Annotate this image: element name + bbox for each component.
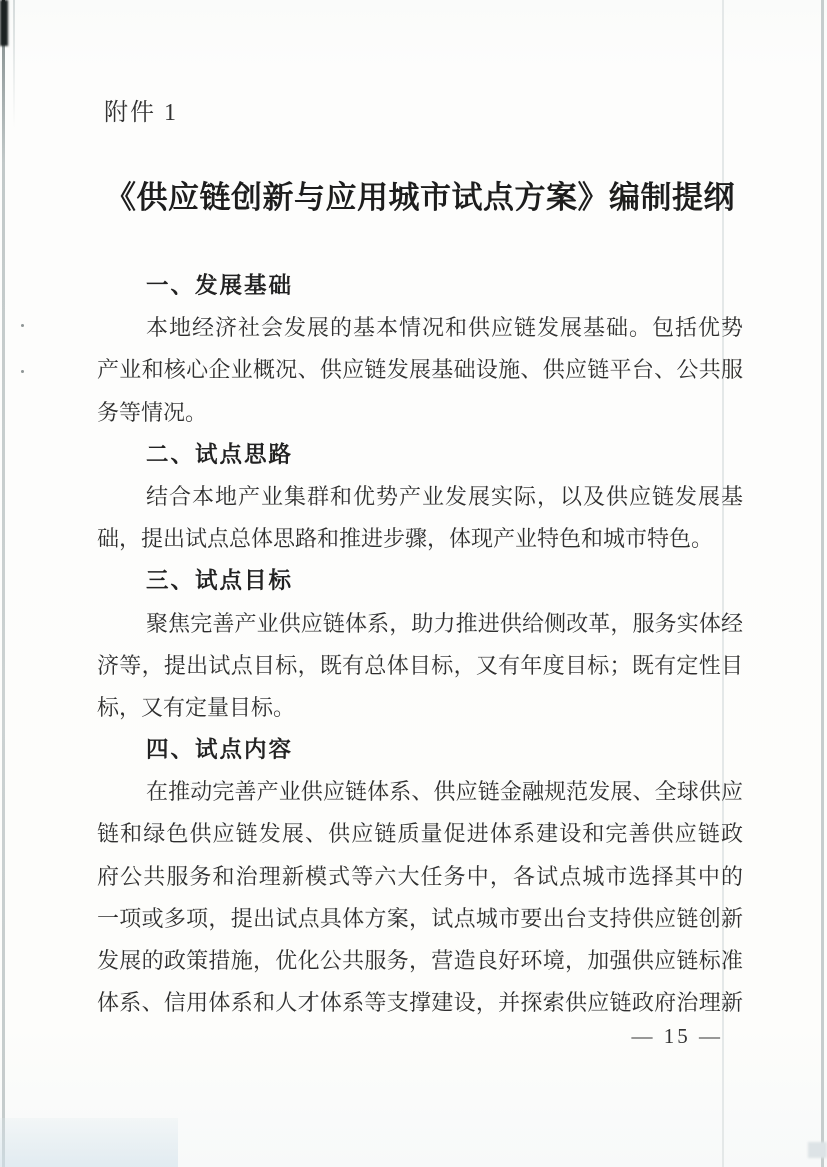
paragraph-line: 府公共服务和治理新模式等六大任务中，各试点城市选择其中的 — [97, 856, 743, 898]
paragraph-line: 体系、信用体系和人才体系等支撑建设，并探索供应链政府治理新 — [97, 982, 743, 1024]
paragraph-line: 务等情况。 — [97, 392, 743, 434]
document-body: 一、发展基础 本地经济社会发展的基本情况和供应链发展基础。包括优势 产业和核心企… — [97, 265, 743, 1024]
scan-speck — [21, 324, 24, 327]
paragraph-line: 本地经济社会发展的基本情况和供应链发展基础。包括优势 — [97, 307, 743, 349]
paragraph-line: 链和绿色供应链发展、供应链质量促进体系建设和完善供应链政 — [97, 813, 743, 855]
scan-top-inner-line — [13, 0, 15, 128]
paragraph-line: 结合本地产业集群和优势产业发展实际，以及供应链发展基 — [97, 476, 743, 518]
scan-top-left-blob — [0, 0, 8, 46]
paragraph-line: 标，又有定量目标。 — [97, 687, 743, 729]
scan-bottom-left-tint — [0, 1118, 178, 1167]
paragraph-line: 产业和核心企业概况、供应链发展基础设施、供应链平台、公共服 — [97, 349, 743, 391]
paragraph-line: 发展的政策措施，优化公共服务，营造良好环境，加强供应链标准 — [97, 940, 743, 982]
paragraph-line: 济等，提出试点目标，既有总体目标，又有年度目标；既有定性目 — [97, 645, 743, 687]
scan-bottom-right-smudge — [808, 1142, 827, 1158]
paragraph-line: 聚焦完善产业供应链体系，助力推进供给侧改革，服务实体经 — [97, 603, 743, 645]
scan-speck — [21, 370, 24, 373]
paragraph-line: 础，提出试点总体思路和推进步骤，体现产业特色和城市特色。 — [97, 518, 743, 560]
paragraph-line: 一项或多项，提出试点具体方案，试点城市要出台支持供应链创新 — [97, 898, 743, 940]
section-4-heading: 四、试点内容 — [97, 729, 743, 771]
document-page: 附件 1 《供应链创新与应用城市试点方案》编制提纲 一、发展基础 本地经济社会发… — [0, 0, 827, 1167]
paragraph-line: 在推动完善产业供应链体系、供应链金融规范发展、全球供应 — [97, 771, 743, 813]
scan-right-edge-line — [821, 0, 824, 1167]
attachment-label: 附件 1 — [104, 92, 178, 127]
section-3-heading: 三、试点目标 — [97, 560, 743, 602]
document-title: 《供应链创新与应用城市试点方案》编制提纲 — [97, 172, 743, 217]
section-1-heading: 一、发展基础 — [97, 265, 743, 307]
page-number: — 15 — — [97, 1024, 723, 1049]
scan-left-edge-line — [2, 0, 5, 1167]
section-2-heading: 二、试点思路 — [97, 434, 743, 476]
